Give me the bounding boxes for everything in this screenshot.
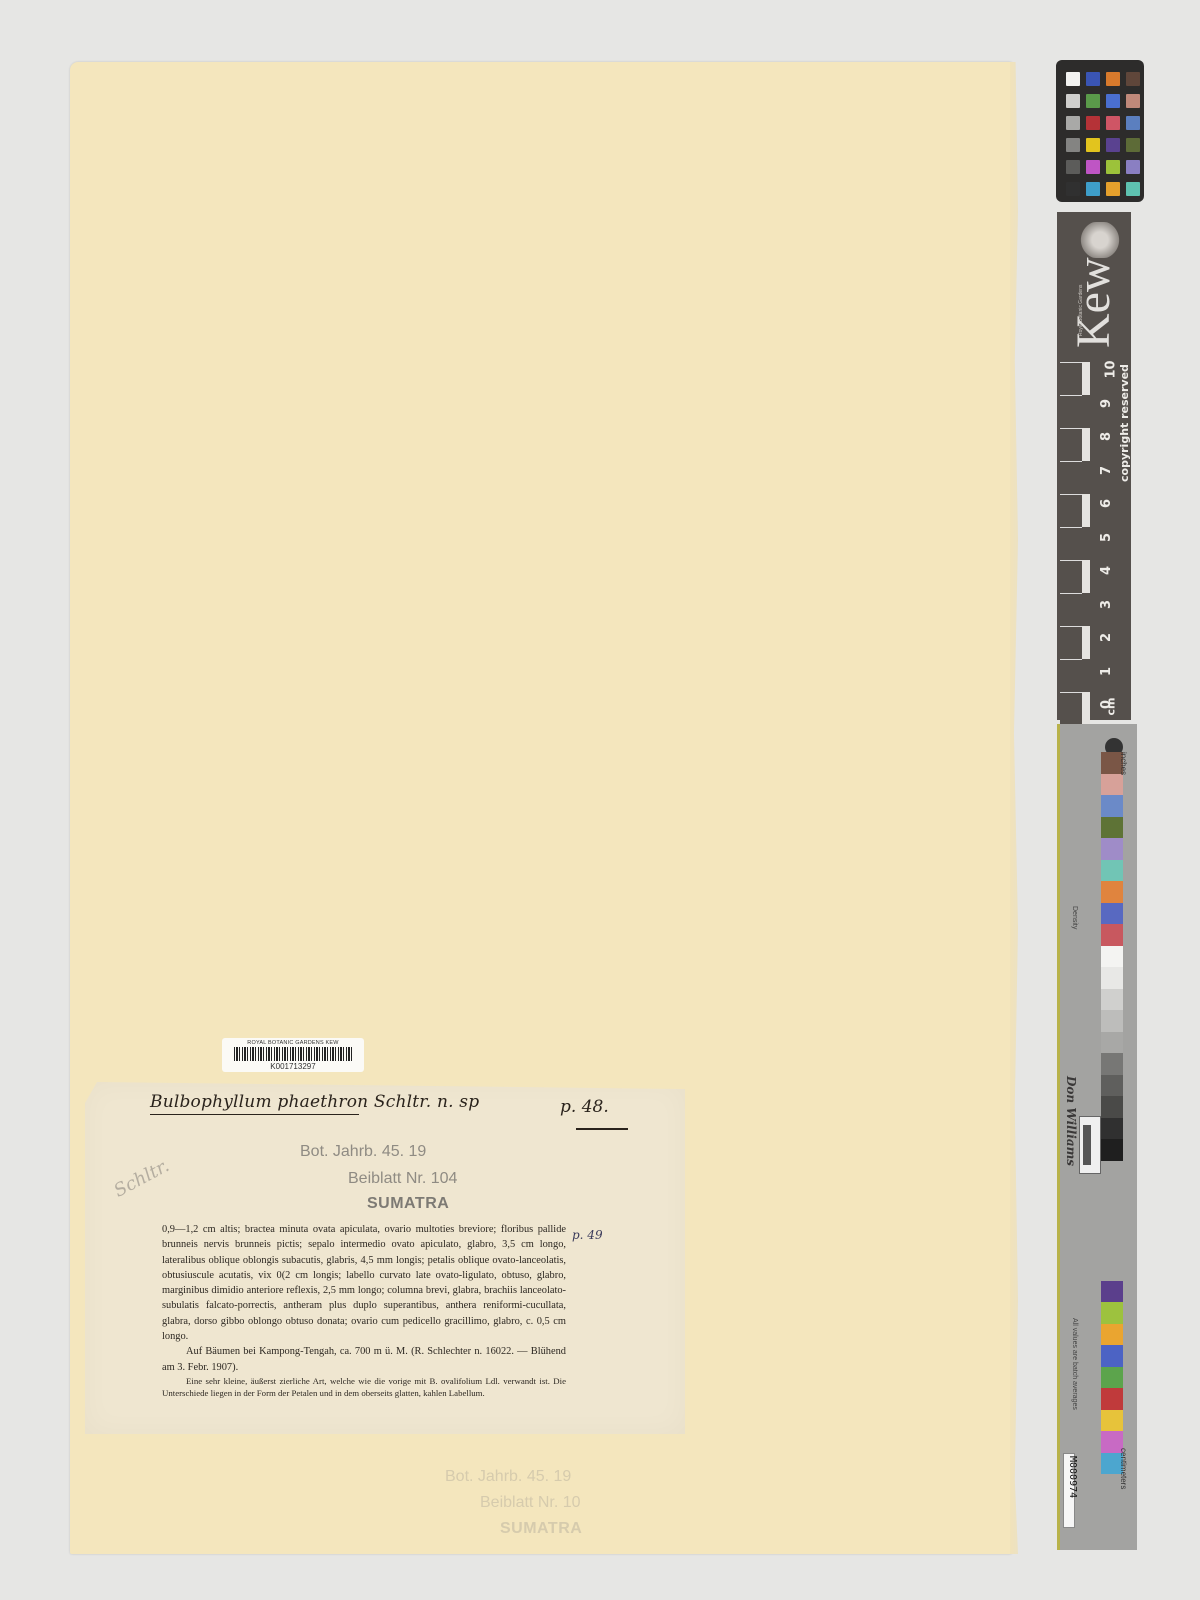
ruler-number: 9 — [1099, 398, 1114, 407]
density-patch — [1101, 1367, 1123, 1389]
inches-label: inches — [1119, 752, 1128, 775]
density-patch — [1101, 1410, 1123, 1432]
ruler-block — [1060, 362, 1082, 396]
density-patch — [1101, 967, 1123, 989]
page-ref-underline — [576, 1128, 628, 1130]
color-swatch — [1126, 72, 1140, 86]
ruler-strip — [1082, 692, 1090, 725]
ruler-block — [1060, 494, 1082, 528]
density-patch — [1101, 1010, 1123, 1032]
density-patch — [1101, 1075, 1123, 1097]
density-patch — [1101, 1281, 1123, 1303]
ruler-block — [1060, 659, 1082, 693]
density-patch — [1101, 1345, 1123, 1367]
ruler-strip — [1082, 428, 1090, 461]
batch-note: All values are batch averages — [1071, 1318, 1078, 1410]
color-swatch — [1066, 182, 1080, 196]
color-swatch — [1106, 160, 1120, 174]
ruler-number: 1 — [1099, 666, 1114, 675]
ruler-strip — [1082, 560, 1090, 593]
kew-subtitle: Royal Botanic Gardens — [1078, 285, 1084, 336]
density-patch — [1101, 838, 1123, 860]
copyright-text: copyright reserved — [1118, 364, 1131, 482]
density-patch — [1101, 1118, 1123, 1140]
barcode-icon — [234, 1047, 352, 1061]
centimeters-label: centimeters — [1119, 1448, 1128, 1489]
ruler-strip — [1082, 362, 1090, 395]
ruler-number: 5 — [1099, 532, 1114, 541]
density-patch — [1101, 774, 1123, 796]
handwritten-species-name: Bulbophyllum phaethron Schltr. n. sp — [150, 1092, 479, 1112]
strip-id-label: M000974 — [1063, 1453, 1075, 1528]
color-swatch — [1126, 160, 1140, 174]
barcode-label: ROYAL BOTANIC GARDENS KEW K001713297 — [222, 1038, 364, 1072]
color-swatch — [1106, 138, 1120, 152]
density-patch — [1101, 795, 1123, 817]
ruler-strip — [1082, 494, 1090, 527]
color-swatch — [1086, 116, 1100, 130]
density-patch — [1101, 1096, 1123, 1118]
color-swatch — [1126, 116, 1140, 130]
density-patch — [1101, 989, 1123, 1011]
handwritten-page-ref: p. 48. — [560, 1097, 609, 1117]
stamp-region: SUMATRA — [367, 1195, 449, 1213]
ruler-block — [1060, 593, 1082, 627]
ruler-block — [1060, 428, 1082, 462]
institution-name: ROYAL BOTANIC GARDENS KEW — [247, 1040, 338, 1046]
handwritten-margin-note: p. 49 — [572, 1228, 603, 1242]
ruler-number: 4 — [1099, 566, 1114, 575]
stamp-journal: Bot. Jahrb. 45. 19 — [300, 1143, 426, 1161]
color-swatch — [1066, 138, 1080, 152]
ruler-strip — [1082, 626, 1090, 659]
ruler-number: 2 — [1099, 633, 1114, 642]
ruler-number: 8 — [1099, 432, 1114, 441]
cm-unit-label: cm — [1104, 698, 1117, 716]
color-swatch — [1106, 182, 1120, 196]
color-patches — [1101, 752, 1123, 1474]
color-swatch — [1066, 94, 1080, 108]
ruler-block — [1060, 692, 1082, 726]
color-swatch — [1066, 160, 1080, 174]
color-swatch — [1086, 94, 1100, 108]
note-paragraph: Eine sehr kleine, äußerst zierliche Art,… — [162, 1375, 566, 1400]
density-patch — [1101, 1324, 1123, 1346]
underline — [150, 1114, 359, 1116]
ruler-strip — [1082, 461, 1090, 494]
ruler-strip — [1082, 527, 1090, 560]
density-patch — [1101, 946, 1123, 968]
density-patch — [1101, 1032, 1123, 1054]
color-swatch — [1086, 138, 1100, 152]
color-swatch — [1086, 182, 1100, 196]
ruler-block — [1060, 527, 1082, 561]
resolution-target — [1079, 1116, 1101, 1174]
color-swatch — [1086, 160, 1100, 174]
color-swatch — [1066, 116, 1080, 130]
density-patch — [1101, 817, 1123, 839]
color-swatch — [1126, 138, 1140, 152]
density-patch — [1101, 924, 1123, 946]
color-swatch — [1106, 116, 1120, 130]
ruler-block — [1060, 395, 1082, 429]
density-patch — [1101, 881, 1123, 903]
species-name-text: Bulbophyllum phaethron Schltr. n. sp — [150, 1092, 479, 1112]
stamp-beiblatt: Beiblatt Nr. 104 — [348, 1170, 457, 1188]
color-swatch — [1126, 182, 1140, 196]
ruler-number: 7 — [1099, 465, 1114, 474]
density-label: Density — [1071, 906, 1078, 929]
ruler-block — [1060, 626, 1082, 660]
barcode-number: K001713297 — [270, 1062, 315, 1071]
ghost-stamp-beiblatt: Beiblatt Nr. 10 — [480, 1494, 581, 1512]
ruler-scale-blocks — [1060, 362, 1094, 714]
printed-description: 0,9—1,2 cm altis; bractea minuta ovata a… — [162, 1222, 566, 1400]
ruler-strip — [1082, 593, 1090, 626]
locality-paragraph: Auf Bäumen bei Kampong-Tengah, ca. 700 m… — [162, 1344, 566, 1375]
density-patch — [1101, 860, 1123, 882]
description-paragraph: 0,9—1,2 cm altis; bractea minuta ovata a… — [162, 1222, 566, 1344]
ruler-block — [1060, 560, 1082, 594]
ruler-number: 3 — [1099, 599, 1114, 608]
density-patch — [1101, 1139, 1123, 1161]
density-patch — [1101, 1302, 1123, 1324]
color-swatch — [1106, 94, 1120, 108]
ruler-block — [1060, 461, 1082, 495]
ruler-strip — [1082, 659, 1090, 692]
strip-id-text: M000974 — [1067, 1456, 1078, 1498]
ruler-strip — [1082, 395, 1090, 428]
ghost-stamp-journal: Bot. Jahrb. 45. 19 — [445, 1468, 571, 1486]
ghost-stamp-region: SUMATRA — [500, 1520, 582, 1538]
ruler-number: 6 — [1099, 499, 1114, 508]
color-swatch — [1106, 72, 1120, 86]
color-swatch — [1066, 72, 1080, 86]
density-patch — [1101, 1053, 1123, 1075]
don-williams-logo: Don Williams — [1064, 1076, 1078, 1166]
ruler-number: 10 — [1104, 360, 1119, 378]
density-patch — [1101, 1388, 1123, 1410]
color-swatch — [1086, 72, 1100, 86]
color-checker-card — [1056, 60, 1144, 202]
density-patch — [1101, 903, 1123, 925]
color-swatch — [1126, 94, 1140, 108]
